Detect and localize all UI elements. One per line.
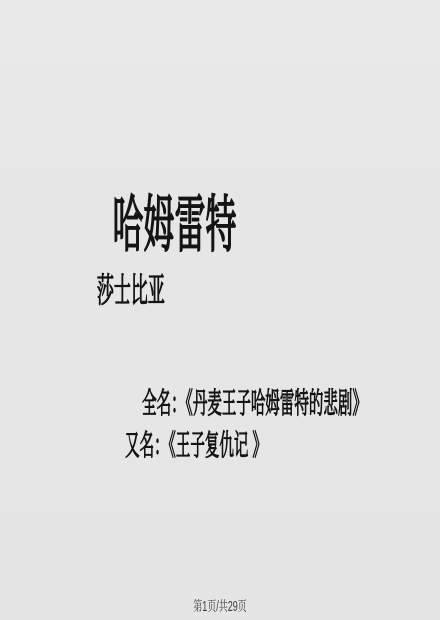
slide-title: 哈姆雷特 xyxy=(78,163,236,256)
slide-line-fullname-text: 全名：《丹麦王子哈姆雷特的悲剧》 xyxy=(142,391,367,420)
page-indicator: 第1页/共29页 xyxy=(0,600,440,609)
slide-author: 莎士比亚 xyxy=(78,257,165,308)
slide-title-text: 哈姆雷特 xyxy=(112,194,236,256)
page-indicator-text: 第1页/共29页 xyxy=(193,600,247,614)
slide-line-alias: 又名：《王子复仇记 》 xyxy=(109,418,267,462)
slide-line-alias-text: 又名：《王子复仇记 》 xyxy=(125,433,267,462)
slide-page: 哈姆雷特 莎士比亚 全名：《丹麦王子哈姆雷特的悲剧》 又名：《王子复仇记 》 第… xyxy=(0,0,440,620)
slide-author-text: 莎士比亚 xyxy=(97,274,165,308)
slide-line-fullname: 全名：《丹麦王子哈姆雷特的悲剧》 xyxy=(126,376,367,420)
